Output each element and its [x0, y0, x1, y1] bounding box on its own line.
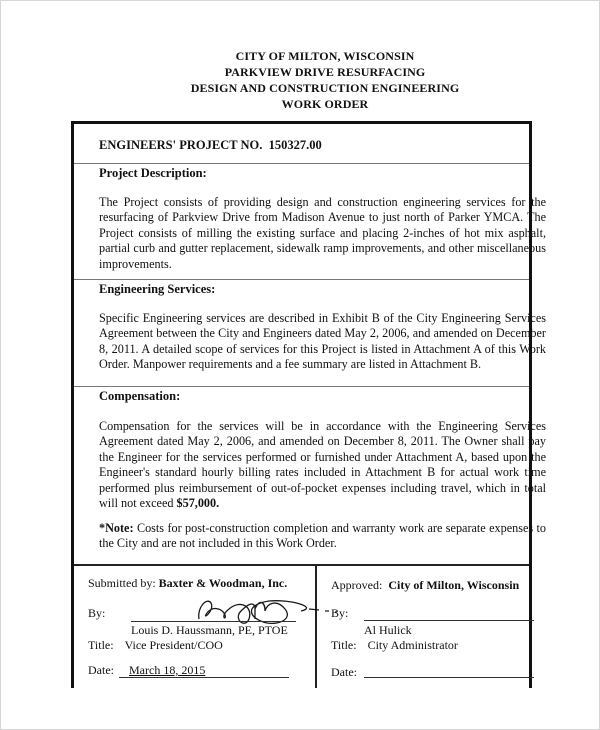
submitted-title-row: Title: Vice President/COO	[88, 638, 223, 653]
submitted-signature-line	[131, 621, 296, 622]
divider	[74, 386, 529, 387]
submitted-date-label: Date:	[88, 663, 114, 677]
header-city: CITY OF MILTON, WISCONSIN	[0, 48, 600, 64]
header-scope: DESIGN AND CONSTRUCTION ENGINEERING	[0, 80, 600, 96]
submitted-date-row: Date: March 18, 2015	[88, 663, 205, 678]
work-order-box: ENGINEERS' PROJECT NO. 150327.00 Project…	[71, 121, 532, 688]
divider	[74, 279, 529, 280]
header-project: PARKVIEW DRIVE RESURFACING	[0, 64, 600, 80]
project-number-row: ENGINEERS' PROJECT NO. 150327.00	[99, 138, 322, 153]
section-title-description: Project Description:	[99, 166, 207, 181]
compensation-body: Compensation for the services will be in…	[99, 419, 546, 510]
submitted-by-label: Submitted by:	[88, 576, 156, 590]
document-header: CITY OF MILTON, WISCONSIN PARKVIEW DRIVE…	[0, 48, 600, 112]
approved-date-line	[364, 677, 534, 678]
note-label: *Note:	[99, 521, 134, 535]
compensation-text: Compensation for the services will be in…	[99, 419, 546, 511]
approved-signature-line	[364, 620, 534, 621]
approved-title-row: Title: City Administrator	[331, 638, 458, 653]
note-text: Costs for post-construction completion a…	[99, 521, 546, 550]
approved-org: City of Milton, Wisconsin	[388, 578, 519, 592]
approved-title-label: Title:	[331, 638, 357, 652]
submitted-date: March 18, 2015	[129, 663, 205, 677]
approved-date-label: Date:	[331, 665, 357, 680]
approved-by-label: By:	[331, 606, 348, 621]
divider	[74, 163, 529, 164]
submitted-title-label: Title:	[88, 638, 114, 652]
section-title-engineering: Engineering Services:	[99, 282, 215, 297]
note: *Note: Costs for post-construction compl…	[99, 521, 546, 552]
submitted-firm: Baxter & Woodman, Inc.	[159, 576, 288, 590]
engineering-text: Specific Engineering services are descri…	[99, 311, 546, 373]
approved-name: Al Hulick	[364, 623, 412, 638]
submitted-title: Vice President/COO	[125, 638, 223, 652]
compensation-amount: $57,000.	[177, 496, 220, 510]
submitted-date-line	[119, 677, 289, 678]
project-number: 150327.00	[269, 138, 322, 152]
approved-title: City Administrator	[368, 638, 458, 652]
submitted-name: Louis D. Haussmann, PE, PTOE	[131, 623, 288, 638]
submitted-by-label-by: By:	[88, 606, 105, 621]
approved-label: Approved:	[331, 578, 382, 592]
signature-divider	[74, 564, 529, 566]
project-number-label: ENGINEERS' PROJECT NO.	[99, 138, 262, 152]
description-text: The Project consists of providing design…	[99, 195, 546, 272]
header-doc-type: WORK ORDER	[0, 96, 600, 112]
section-title-compensation: Compensation:	[99, 389, 180, 404]
approved-row: Approved: City of Milton, Wisconsin	[331, 578, 519, 593]
